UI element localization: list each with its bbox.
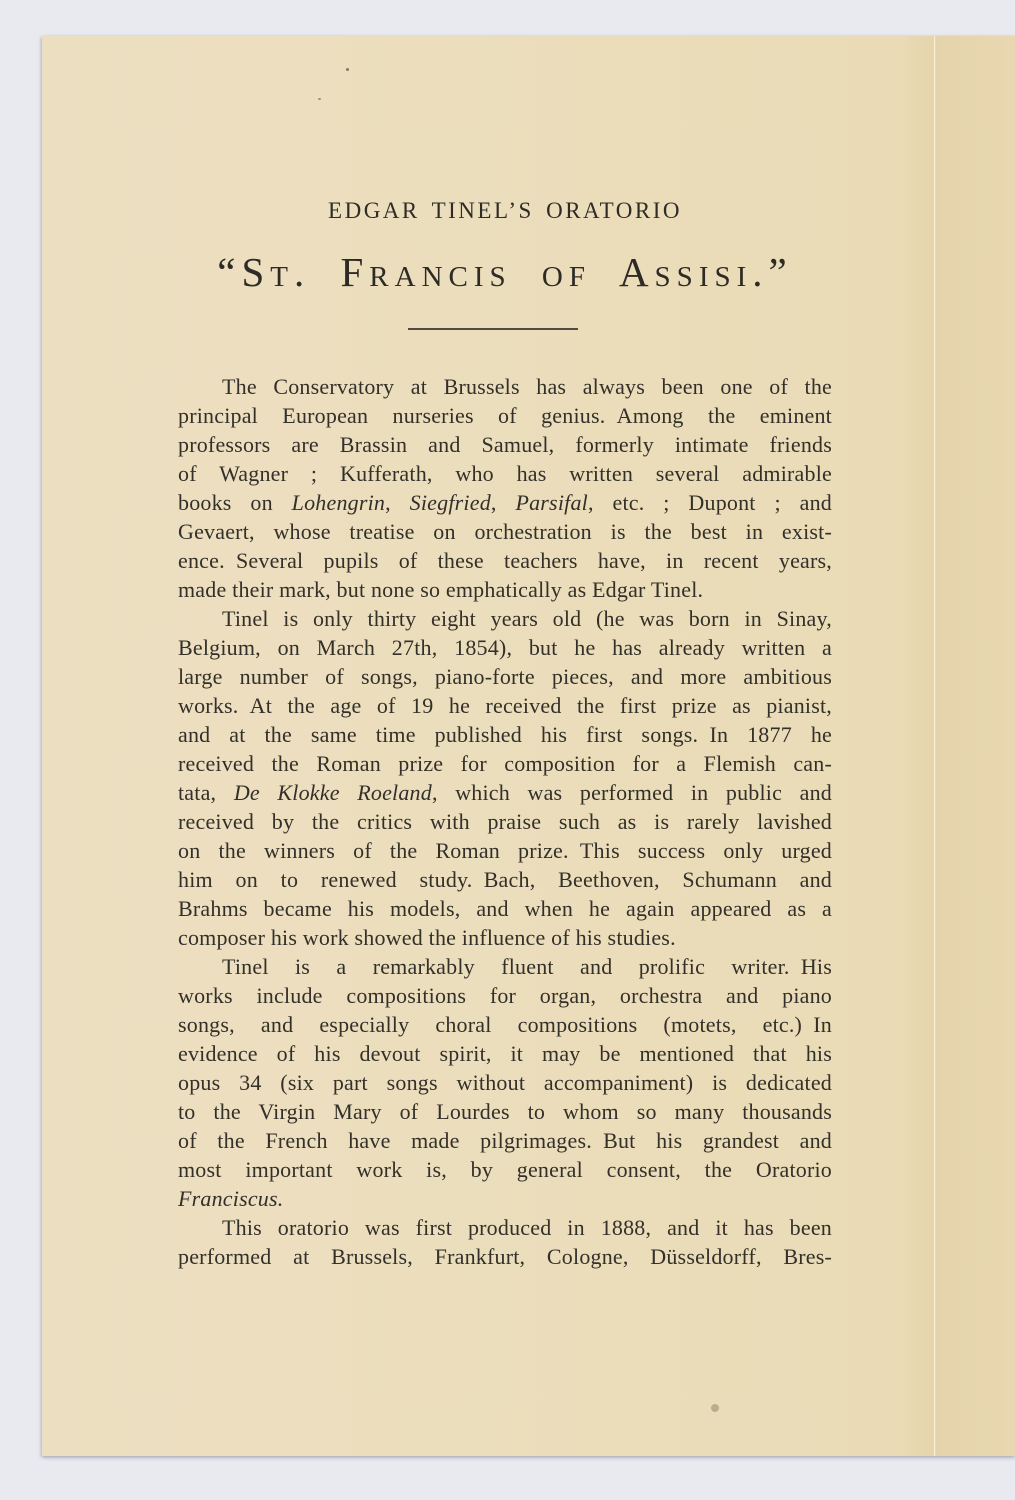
paper-fold-crease — [933, 36, 936, 1456]
text-line: ence. Several pupils of these teachers h… — [178, 546, 832, 575]
text-line: works include compositions for organ, or… — [178, 981, 832, 1010]
text-run: received by the critics with praise such… — [178, 809, 832, 834]
page-content: EDGAR TINEL’S ORATORIO “St. Francis of A… — [178, 36, 832, 1271]
text-line: to the Virgin Mary of Lourdes to whom so… — [178, 1097, 832, 1126]
text-line: of the French have made pilgrimages. But… — [178, 1126, 832, 1155]
text-run: large number of songs, piano-forte piece… — [178, 664, 832, 689]
text-run: made their mark, but none so emphaticall… — [178, 577, 703, 602]
text-run: received the Roman prize for composition… — [178, 751, 832, 776]
text-run: , etc. ; Dupont ; and — [588, 490, 832, 515]
document-page: EDGAR TINEL’S ORATORIO “St. Francis of A… — [42, 36, 1015, 1456]
paper-speck — [711, 1404, 719, 1412]
text-line: on the winners of the Roman prize. This … — [178, 836, 832, 865]
text-run: on the winners of the Roman prize. This … — [178, 838, 832, 863]
document-title: “St. Francis of Assisi.” — [178, 248, 832, 296]
text-line: him on to renewed study. Bach, Beethoven… — [178, 865, 832, 894]
text-line: evidence of his devout spirit, it may be… — [178, 1039, 832, 1068]
text-run: composer his work showed the influence o… — [178, 925, 676, 950]
italic-text-run: Lohengrin — [292, 490, 385, 515]
text-run: songs, and especially choral composition… — [178, 1012, 832, 1037]
text-run: Gevaert, whose treatise on orchestration… — [178, 519, 832, 544]
text-line: opus 34 (six part songs without accompan… — [178, 1068, 832, 1097]
text-run: Tinel is only thirty eight years old (he… — [222, 606, 832, 631]
text-run: and at the same time published his first… — [178, 722, 832, 747]
text-line: made their mark, but none so emphaticall… — [178, 575, 832, 604]
text-line: Tinel is only thirty eight years old (he… — [178, 604, 832, 633]
text-line: songs, and especially choral composition… — [178, 1010, 832, 1039]
text-line: tata, De Klokke Roeland, which was perfo… — [178, 778, 832, 807]
text-run: tata, — [178, 780, 234, 805]
text-run: , which was performed in public and — [432, 780, 832, 805]
text-run: performed at Brussels, Frankfurt, Cologn… — [178, 1244, 832, 1269]
text-run: opus 34 (six part songs without accompan… — [178, 1070, 832, 1095]
text-run: Tinel is a remarkably fluent and prolifi… — [222, 954, 832, 979]
text-run: him on to renewed study. Bach, Beethoven… — [178, 867, 832, 892]
text-line: books on Lohengrin, Siegfried, Parsifal,… — [178, 488, 832, 517]
title-divider — [408, 328, 578, 330]
text-line: received the Roman prize for composition… — [178, 749, 832, 778]
text-line: Gevaert, whose treatise on orchestration… — [178, 517, 832, 546]
body-text: The Conservatory at Brussels has always … — [178, 372, 832, 1271]
text-line: principal European nurseries of genius. … — [178, 401, 832, 430]
text-line: composer his work showed the influence o… — [178, 923, 832, 952]
text-run: This oratorio was first produced in 1888… — [222, 1215, 832, 1240]
text-line: Brahms became his models, and when he ag… — [178, 894, 832, 923]
text-run: evidence of his devout spirit, it may be… — [178, 1041, 832, 1066]
text-run: of the French have made pilgrimages. But… — [178, 1128, 832, 1153]
italic-text-run: Parsifal — [515, 490, 588, 515]
text-run: Belgium, on March 27th, 1854), but he ha… — [178, 635, 832, 660]
text-run: The Conservatory at Brussels has always … — [222, 374, 832, 399]
italic-text-run: Franciscus. — [178, 1186, 283, 1211]
text-line: received by the critics with praise such… — [178, 807, 832, 836]
text-run: , — [491, 490, 516, 515]
text-line: Franciscus. — [178, 1184, 832, 1213]
italic-text-run: De Klokke Roeland — [234, 780, 432, 805]
text-run: books on — [178, 490, 292, 515]
text-line: works. At the age of 19 he received the … — [178, 691, 832, 720]
text-line: The Conservatory at Brussels has always … — [178, 372, 832, 401]
text-run: professors are Brassin and Samuel, forme… — [178, 432, 832, 457]
text-run: works. At the age of 19 he received the … — [178, 693, 832, 718]
text-line: of Wagner ; Kufferath, who has written s… — [178, 459, 832, 488]
text-run: most important work is, by general conse… — [178, 1157, 832, 1182]
text-run: of Wagner ; Kufferath, who has written s… — [178, 461, 832, 486]
text-run: works include compositions for organ, or… — [178, 983, 832, 1008]
document-kicker: EDGAR TINEL’S ORATORIO — [178, 198, 832, 224]
text-run: ence. Several pupils of these teachers h… — [178, 548, 832, 573]
text-run: Brahms became his models, and when he ag… — [178, 896, 832, 921]
text-line: and at the same time published his first… — [178, 720, 832, 749]
text-run: principal European nurseries of genius. … — [178, 403, 832, 428]
text-line: Tinel is a remarkably fluent and prolifi… — [178, 952, 832, 981]
text-line: most important work is, by general conse… — [178, 1155, 832, 1184]
text-line: professors are Brassin and Samuel, forme… — [178, 430, 832, 459]
text-run: to the Virgin Mary of Lourdes to whom so… — [178, 1099, 832, 1124]
text-run: , — [385, 490, 410, 515]
text-line: large number of songs, piano-forte piece… — [178, 662, 832, 691]
text-line: Belgium, on March 27th, 1854), but he ha… — [178, 633, 832, 662]
text-line: performed at Brussels, Frankfurt, Cologn… — [178, 1242, 832, 1271]
scan-background: { "document": { "kicker": "EDGAR TINEL\u… — [0, 0, 1015, 1500]
text-line: This oratorio was first produced in 1888… — [178, 1213, 832, 1242]
italic-text-run: Siegfried — [410, 490, 491, 515]
